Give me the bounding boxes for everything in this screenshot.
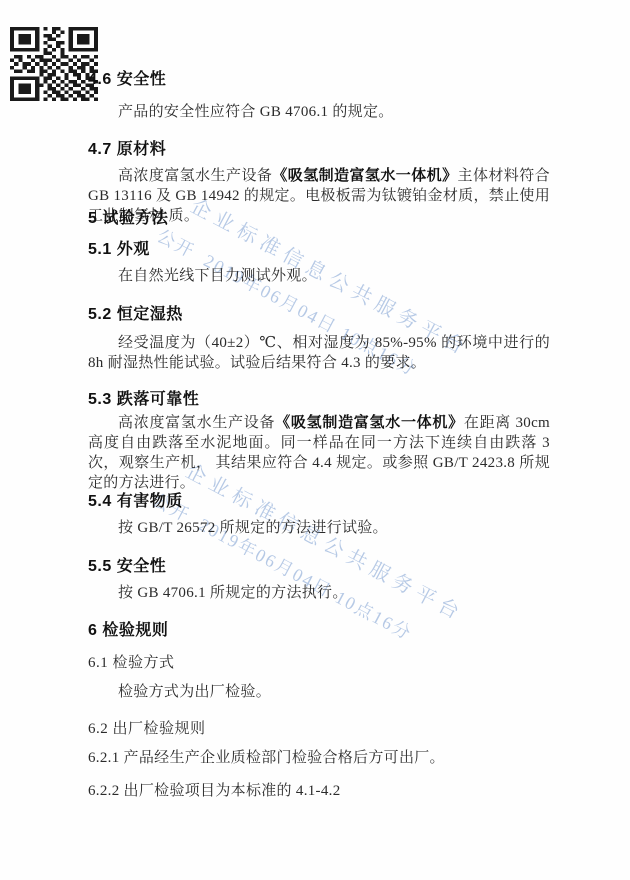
- document-content: 4.6 安全性 产品的安全性应符合 GB 4706.1 的规定。 4.7 原材料…: [0, 0, 630, 880]
- para-4-7-product-name: 《吸氢制造富氢水一体机》: [272, 168, 457, 184]
- heading-5-4-hazardous-substances: 5.4 有害物质: [88, 488, 183, 511]
- para-5-3-text-pre: 高浓度富氢水生产设备: [118, 415, 275, 431]
- heading-4-7-raw-materials: 4.7 原材料: [88, 136, 166, 159]
- heading-6-inspection-rules: 6 检验规则: [88, 617, 168, 640]
- para-5-3-product-name: 《吸氢制造富氢水一体机》: [275, 415, 464, 431]
- heading-5-test-methods: 5 试验方法: [88, 205, 168, 228]
- heading-5-5-safety: 5.5 安全性: [88, 553, 166, 576]
- heading-5-3-drop-reliability: 5.3 跌落可靠性: [88, 386, 199, 409]
- para-5-1-appearance: 在自然光线下目力测试外观。: [88, 266, 550, 286]
- para-5-2-damp-heat: 经受温度为（40±2）℃、相对湿度为 85%-95% 的环境中进行的 8h 耐湿…: [88, 333, 550, 373]
- para-5-5-safety: 按 GB 4706.1 所规定的方法执行。: [88, 583, 550, 603]
- para-4-7-text-pre: 高浓度富氢水生产设备: [118, 168, 272, 184]
- heading-5-1-appearance: 5.1 外观: [88, 236, 150, 259]
- heading-6-2-factory-inspection-rules: 6.2 出厂检验规则: [88, 717, 206, 738]
- para-6-1-inspection-mode: 检验方式为出厂检验。: [88, 682, 550, 702]
- document-page: 企业标准信息公共服务平台 公开 2019年06月04日 10点16分 企业标准信…: [0, 0, 630, 880]
- heading-5-2-damp-heat: 5.2 恒定湿热: [88, 301, 183, 324]
- para-6-2-1: 6.2.1 产品经生产企业质检部门检验合格后方可出厂。: [88, 748, 550, 768]
- para-5-3-drop-reliability: 高浓度富氢水生产设备《吸氢制造富氢水一体机》在距离 30cm 高度自由跌落至水泥…: [88, 413, 550, 493]
- para-6-2-2: 6.2.2 出厂检验项目为本标准的 4.1-4.2: [88, 781, 550, 801]
- para-5-4-hazardous-substances: 按 GB/T 26572 所规定的方法进行试验。: [88, 518, 550, 538]
- heading-4-6-safety: 4.6 安全性: [88, 66, 166, 89]
- heading-6-1-inspection-mode: 6.1 检验方式: [88, 651, 175, 672]
- para-4-6-safety: 产品的安全性应符合 GB 4706.1 的规定。: [88, 102, 550, 122]
